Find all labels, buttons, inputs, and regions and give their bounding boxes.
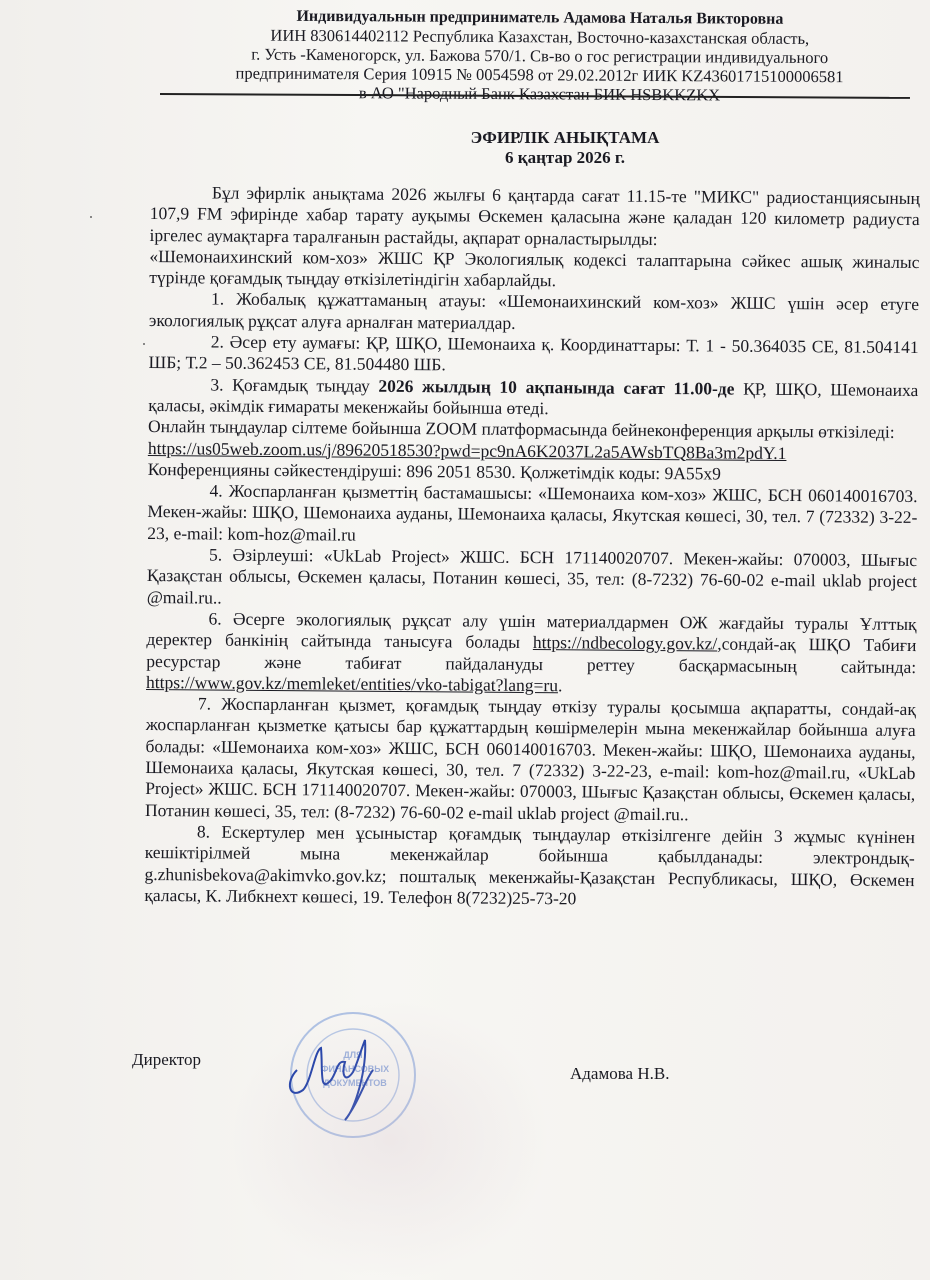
item-5: 5. Әзірлеуші: «UkLab Project» ЖШС. БСН 1… [147,544,917,614]
svg-text:ФИНАНСОВЫХ: ФИНАНСОВЫХ [321,1064,389,1074]
item-6: 6. Әсерге экологиялық рұқсат алу үшін ма… [146,608,917,699]
speck [90,216,92,218]
stamp-seal-icon: ДЛЯ ФИНАНСОВЫХ ДОКУМЕНТОВ [275,1010,425,1140]
signature-role: Директор [132,1050,201,1070]
item-8: 8. Ескертулер мен ұсыныстар қоғамдық тың… [144,821,915,912]
svg-text:ДОКУМЕНТОВ: ДОКУМЕНТОВ [323,1078,387,1088]
item-7: 7. Жоспарланған қызмет, қоғамдық тыңдау … [145,693,916,827]
item-1: 1. Жобалық құжаттаманың атауы: «Шемонаих… [149,288,919,337]
document-heading: ЭФИРЛІК АНЫҚТАМА 6 қаңтар 2026 г. [400,128,730,168]
item-4: 4. Жоспарланған қызметтің бастамашысы: «… [147,480,917,550]
vko-tabigat-link[interactable]: https://www.gov.kz/memleket/entities/vko… [146,672,558,695]
intro-paragraph: Бұл эфирлік анықтама 2026 жылғы 6 қаңтар… [149,182,919,252]
item-6-end: . [558,675,563,695]
document-title: ЭФИРЛІК АНЫҚТАМА [400,128,730,148]
svg-text:ДЛЯ: ДЛЯ [343,1050,362,1060]
stamp: ДЛЯ ФИНАНСОВЫХ ДОКУМЕНТОВ [275,1010,425,1140]
item-3: 3. Қоғамдық тыңдау 2026 жылдың 10 ақпаны… [148,374,918,423]
intro-announcement: «Шемонаихинский ком-хоз» ЖШС ҚР Экология… [149,246,919,295]
item-3-date: 2026 жылдың 10 ақпанында сағат 11.00-де [378,375,734,398]
item-3-prefix: 3. Қоғамдық тыңдау [210,374,378,395]
signatory-name: Адамова Н.В. [570,1064,669,1084]
ndbecology-link[interactable]: https://ndbecology.gov.kz/ [533,632,718,653]
document-date: 6 қаңтар 2026 г. [400,148,730,168]
letterhead: Индивидуальнын предприниматель Адамова Н… [159,6,920,106]
document-body: Бұл эфирлік анықтама 2026 жылғы 6 қаңтар… [144,182,920,912]
speck [143,343,145,345]
item-2: 2. Әсер ету аумағы: ҚР, ШҚО, Шемонаиха қ… [148,331,918,380]
document-page: Индивидуальнын предприниматель Адамова Н… [0,0,930,1280]
